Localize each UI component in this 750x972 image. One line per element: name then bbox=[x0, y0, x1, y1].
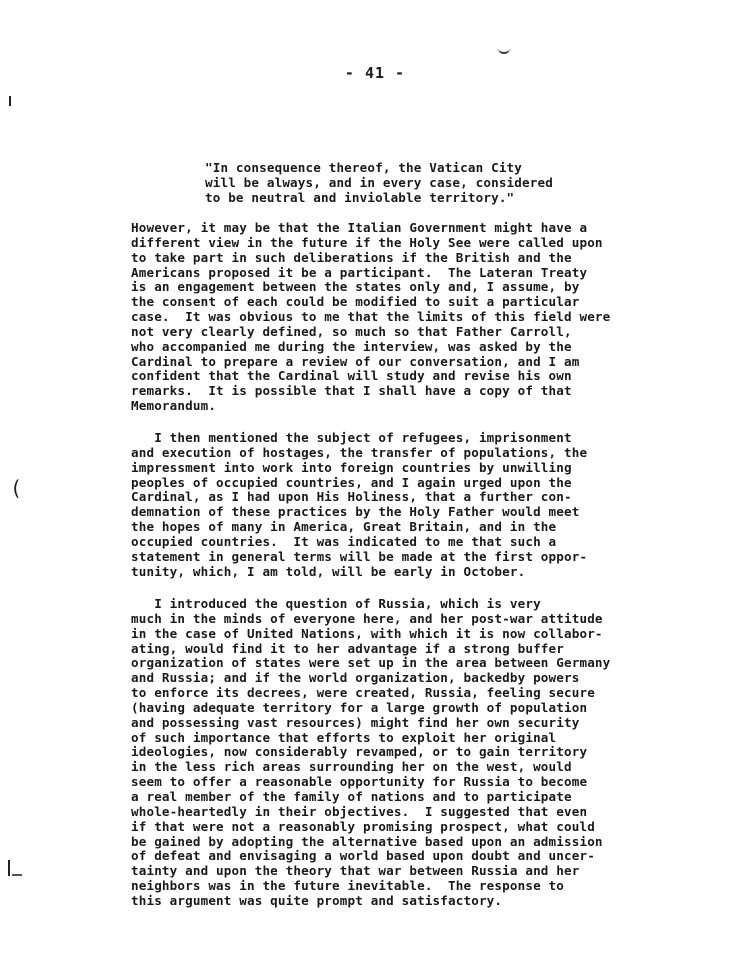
margin-mark-middle: ( bbox=[10, 476, 22, 500]
block-quote: "In consequence thereof, the Vatican Cit… bbox=[205, 161, 750, 206]
margin-mark-bottom-tail bbox=[12, 874, 22, 876]
margin-mark-bottom bbox=[8, 860, 10, 876]
margin-mark-top bbox=[9, 96, 11, 106]
paragraph-refugees: I then mentioned the subject of refugees… bbox=[131, 431, 701, 579]
scan-mark bbox=[498, 48, 510, 54]
page-number: - 41 - bbox=[0, 64, 750, 82]
paragraph-russia: I introduced the question of Russia, whi… bbox=[131, 597, 701, 909]
paragraph-lateran-treaty: However, it may be that the Italian Gove… bbox=[131, 221, 701, 414]
